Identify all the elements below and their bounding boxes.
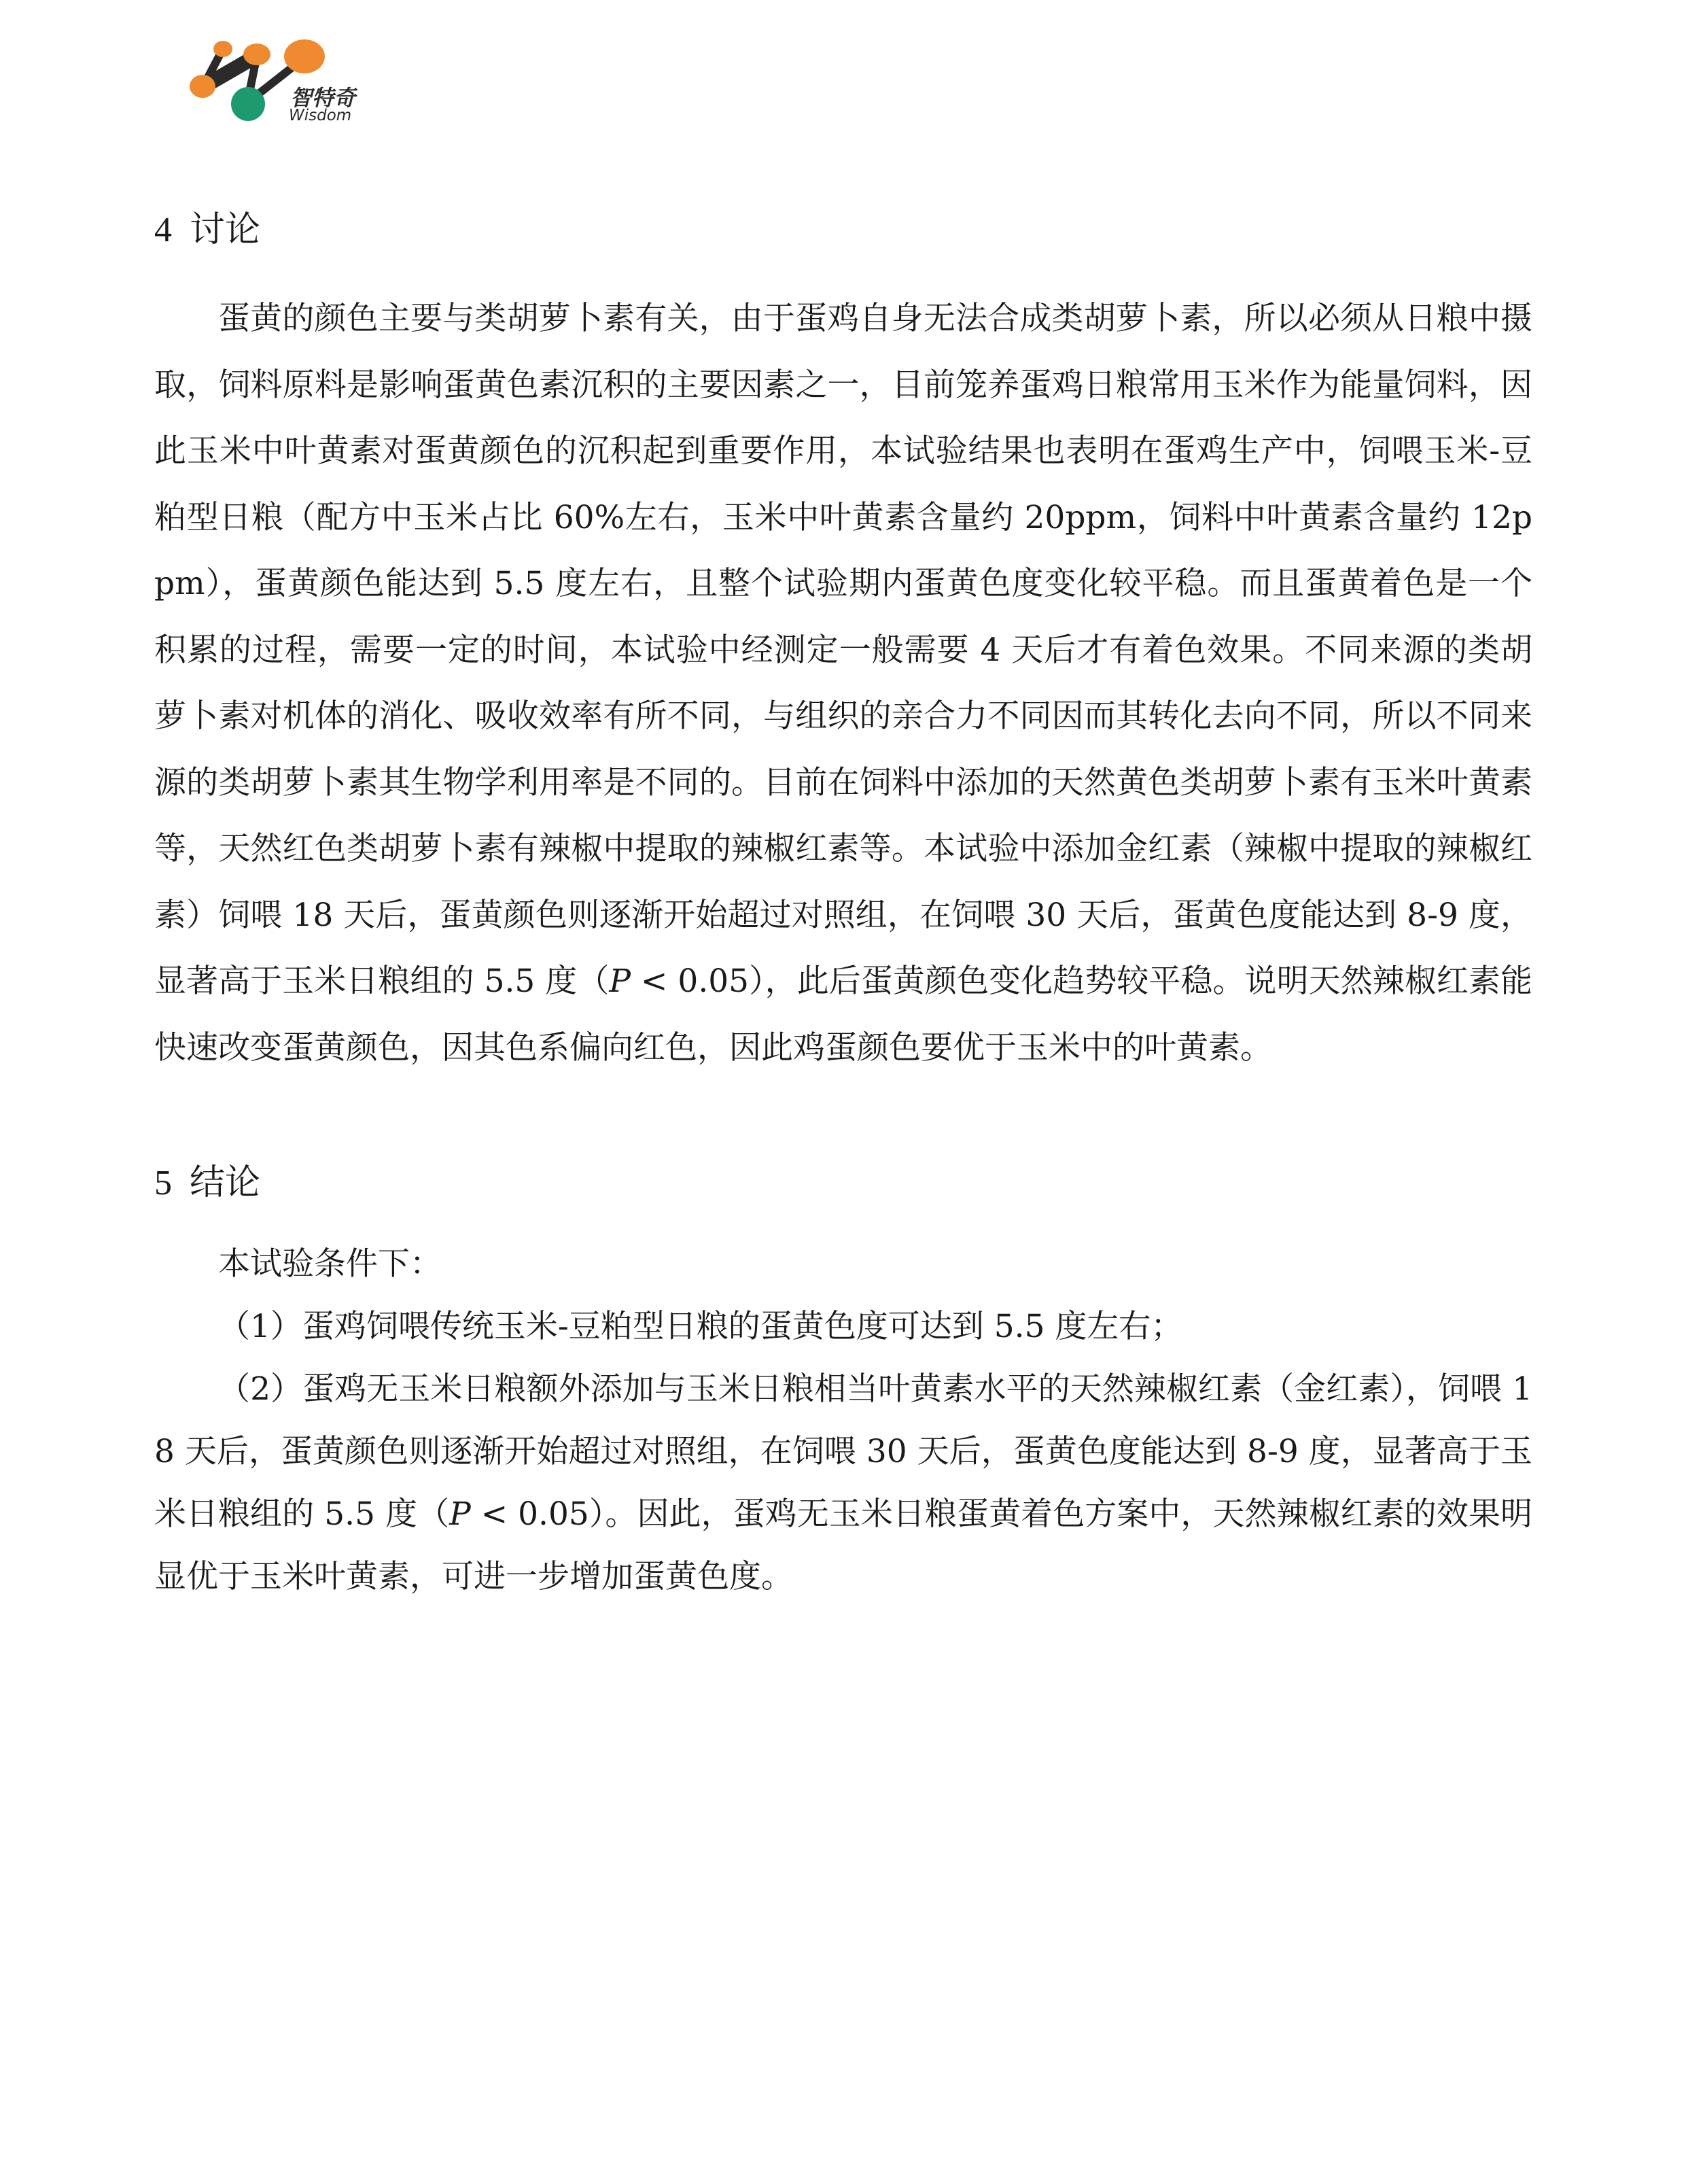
- section-title: 结论: [190, 1162, 260, 1203]
- section-number: 4: [154, 211, 172, 249]
- p-value-symbol: P: [609, 963, 631, 1000]
- paragraph-text: 蛋黄的颜色主要与类胡萝卜素有关，由于蛋鸡自身无法合成类胡萝卜素，所以必须从日粮中…: [154, 300, 1532, 1000]
- section-title: 讨论: [190, 209, 260, 250]
- conclusion-item-2: （2）蛋鸡无玉米日粮额外添加与玉米日粮相当叶黄素水平的天然辣椒红素（金红素），饲…: [154, 1358, 1532, 1608]
- conclusion-item-1: （1）蛋鸡饲喂传统玉米-豆粕型日粮的蛋黄色度可达到 5.5 度左右；: [154, 1296, 1532, 1358]
- section-heading-conclusion: 5结论: [154, 1162, 260, 1204]
- p-value-symbol: P: [449, 1495, 471, 1533]
- conclusion-intro: 本试验条件下：: [154, 1233, 1532, 1296]
- logo-brand-en: Wisdom: [289, 107, 351, 124]
- discussion-paragraph: 蛋黄的颜色主要与类胡萝卜素有关，由于蛋鸡自身无法合成类胡萝卜素，所以必须从日粮中…: [154, 285, 1532, 1081]
- company-logo: 智特奇 Wisdom: [180, 31, 384, 133]
- section-number: 5: [154, 1164, 172, 1202]
- wisdom-logo-icon: 智特奇 Wisdom: [180, 31, 384, 133]
- section-heading-discussion: 4讨论: [154, 209, 260, 251]
